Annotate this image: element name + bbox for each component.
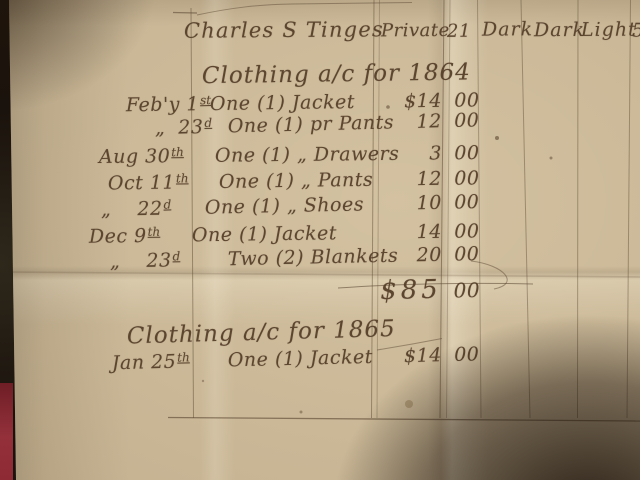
entry-dollars: 3 bbox=[352, 142, 442, 165]
entry-date: Jan 25th bbox=[112, 350, 190, 374]
soldier-eyes: Light bbox=[581, 19, 637, 41]
entry-item: One (1) Jacket bbox=[210, 91, 355, 115]
entry-dollars: 10 bbox=[352, 192, 442, 216]
entry-item: One (1) „ Shoes bbox=[205, 193, 365, 218]
ledger-paper: Charles S Tinges Private 21 Dark Dark Li… bbox=[0, 0, 640, 480]
entry-dollars: 12 bbox=[352, 110, 443, 134]
entry-dollars: 14 bbox=[352, 221, 442, 244]
soldier-age: 21 bbox=[447, 21, 471, 42]
entry-cents: 00 bbox=[448, 220, 486, 243]
entry-date: Dec 9th bbox=[89, 225, 161, 248]
entry-cents: 00 bbox=[448, 142, 486, 164]
red-cloth-edge bbox=[0, 383, 13, 480]
entry-item: One (1) „ Pants bbox=[219, 169, 374, 193]
entry-dollars: $14 bbox=[352, 344, 443, 368]
soldier-rank: Private bbox=[381, 20, 450, 41]
soldier-name: Charles S Tinges bbox=[184, 17, 384, 42]
entry-date: „ 23d bbox=[110, 249, 181, 272]
entry-cents: 00 bbox=[448, 243, 486, 266]
entry-date: „ 23d bbox=[155, 116, 213, 139]
entry-date: Oct 11th bbox=[108, 171, 189, 194]
entry-cents: 00 bbox=[448, 167, 486, 190]
total-dollars: $85 bbox=[352, 275, 443, 307]
entry-date: „ 22d bbox=[101, 197, 172, 220]
soldier-height: 5 bbox=[632, 20, 640, 42]
entry-item: One (1) Jacket bbox=[192, 222, 337, 246]
entry-date: Aug 30th bbox=[99, 145, 184, 168]
entry-dollars: 20 bbox=[352, 244, 442, 268]
document-photo: Charles S Tinges Private 21 Dark Dark Li… bbox=[0, 0, 640, 480]
entry-cents: 00 bbox=[447, 109, 486, 132]
section-1864-title: Clothing a/c for 1864 bbox=[202, 59, 471, 89]
soldier-complexion: Dark bbox=[482, 18, 533, 40]
soldier-hair: Dark bbox=[534, 19, 585, 41]
header-row: Charles S Tinges Private 21 Dark Dark Li… bbox=[0, 16, 640, 50]
entry-dollars: 12 bbox=[352, 168, 442, 191]
total-cents: 00 bbox=[448, 278, 486, 303]
entry-date: Feb'y 1st bbox=[126, 93, 211, 116]
entry-cents: 00 bbox=[448, 191, 486, 214]
entry-cents: 00 bbox=[447, 343, 486, 366]
